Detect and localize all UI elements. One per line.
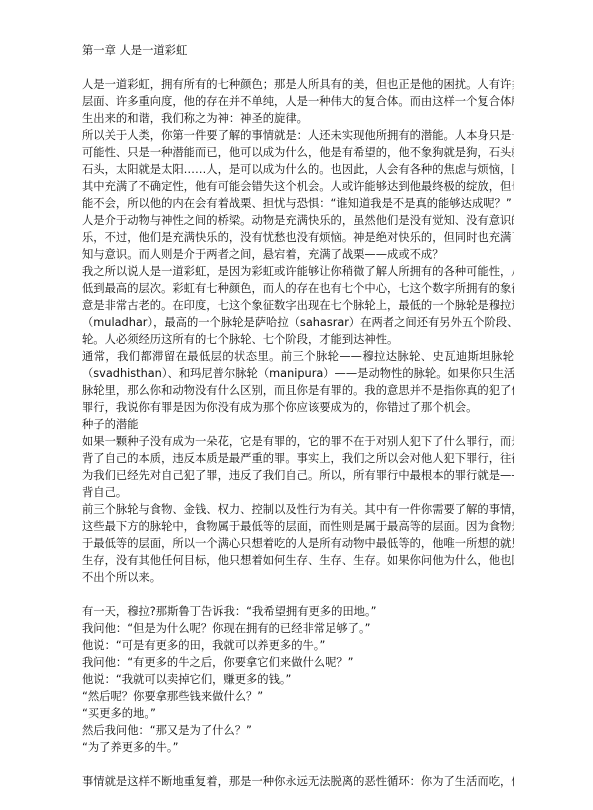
chapter-title: 第一章 人是一道彩虹 [82,42,514,59]
text-line: 如果一颗种子没有成为一朵花，它是有罪的，它的罪不在于对别人犯下了什么罪行，而是违 [82,433,514,450]
text-line: “买更多的地。” [82,705,514,722]
text-line: 于最低等的层面，所以一个满心只想着吃的人是所有动物中最低等的，他唯一所想的就只是 [82,535,514,552]
text-line: “为了养更多的牛。” [82,739,514,756]
text-line: 通常，我们都滞留在最低层的状态里。前三个脉轮——穆拉达脉轮、史瓦迪斯坦脉轮 [82,348,514,365]
text-line: 所以关于人类，你第一件要了解的事情就是：人还未实现他所拥有的潜能。人本身只是一个 [82,127,514,144]
text-line: 不出个所以来。 [82,569,514,586]
document-page: 第一章 人是一道彩虹 人是一道彩虹，拥有所有的七种颜色；那是人所具有的美，但也正… [0,0,593,810]
text-line: 生存，没有其他任何目标，他只想着如何生存、生存、生存。如果你问他为什么，他也回答 [82,552,514,569]
text-line: 有一天，穆拉?那斯鲁丁告诉我：“我希望拥有更多的田地。” [82,603,514,620]
text-line: 能不会，所以他的内在会有着战栗、担忧与恐惧：“谁知道我是不是真的能够达成呢？” [82,195,514,212]
text-line: 罪行，我说你有罪是因为你没有成为那个你应该要成为的，你错过了那个机会。 [82,399,514,416]
text-line: 事情就是这样不断地重复着，那是一种你永远无法脱离的恶性循环：你为了生活而吃，你为 [82,773,514,790]
text-line: 其中充满了不确定性，他有可能会错失这个机会。人或许能够达到他最终极的绽放，但也可 [82,178,514,195]
text-line: 他说：“可是有更多的田，我就可以养更多的牛。” [82,637,514,654]
text-line: 石头，太阳就是太阳……人，是可以成为什么的。也因此，人会有各种的焦虑与烦恼，因为 [82,161,514,178]
text-line: 乐，不过，他们是充满快乐的，没有忧愁也没有烦恼。神是绝对快乐的，但同时也充满了觉 [82,229,514,246]
text-line: 种子的潜能 [82,416,514,433]
text-line: 背自己。 [82,484,514,501]
text-line: 脉轮里，那么你和动物没有什么区别，而且你是有罪的。我的意思并不是指你真的犯了什么 [82,382,514,399]
text-line: （svadhisthan）、和玛尼普尔脉轮（manipura）——是动物性的脉轮… [82,365,514,382]
text-line: 轮。人必须经历这所有的七个脉轮、七个阶段，才能到达神性。 [82,331,514,348]
text-line: 意是非常古老的。在印度，七这个象征数字出现在七个脉轮上，最低的一个脉轮是穆拉达 [82,297,514,314]
text-line: 人是介于动物与神性之间的桥梁。动物是充满快乐的，虽然他们是没有觉知、没有意识的快 [82,212,514,229]
text-line: 然后我问他：“那又是为了什么？” [82,722,514,739]
text-line: 层面、许多重向度，他的存在并不单纯，人是一种伟大的复合体。而由这样一个复合体所诞 [82,93,514,110]
text-line: 我之所以说人是一道彩虹，是因为彩虹或许能够让你稍微了解人所拥有的各种可能性，从最 [82,263,514,280]
text-line: 他说：“我就可以卖掉它们，赚更多的钱。” [82,671,514,688]
text-line: 低到最高的层次。彩虹有七种颜色，而人的存在也有七个中心，七这个数字所拥有的象征寓 [82,280,514,297]
text-line: 知与意识。而人则是介于两者之间，悬宕着，充满了战栗——成或不成？ [82,246,514,263]
text-line: 可能性、只是一种潜能而已，他可以成为什么，他是有希望的，他不象狗就是狗，石头就是 [82,144,514,161]
text-line: 生出来的和谐，我们称之为神：神圣的旋律。 [82,110,514,127]
text-line: 背了自己的本质，违反本质是最严重的罪。事实上，我们之所以会对他人犯下罪行，往往因 [82,450,514,467]
text-line: 人是一道彩虹，拥有所有的七种颜色；那是人所具有的美，但也正是他的困扰。人有许多个 [82,76,514,93]
text-line: 为我们已经先对自己犯了罪，违反了我们自己。所以，所有罪行中最根本的罪行就是——违 [82,467,514,484]
text-line: “然后呢？你要拿那些钱来做什么？” [82,688,514,705]
text-line: （muladhar），最高的一个脉轮是萨哈拉（sahasrar）在两者之间还有另… [82,314,514,331]
text-line: 我问他：“有更多的牛之后，你要拿它们来做什么呢？” [82,654,514,671]
text-line: 这些最下方的脉轮中，食物属于最低等的层面，而性则是属于最高等的层面。因为食物是属 [82,518,514,535]
text-line: 前三个脉轮与食物、金钱、权力、控制以及性行为有关。其中有一件你需要了解的事情，在 [82,501,514,518]
text-line: 我问他：“但是为什么呢？你现在拥有的已经非常足够了。” [82,620,514,637]
